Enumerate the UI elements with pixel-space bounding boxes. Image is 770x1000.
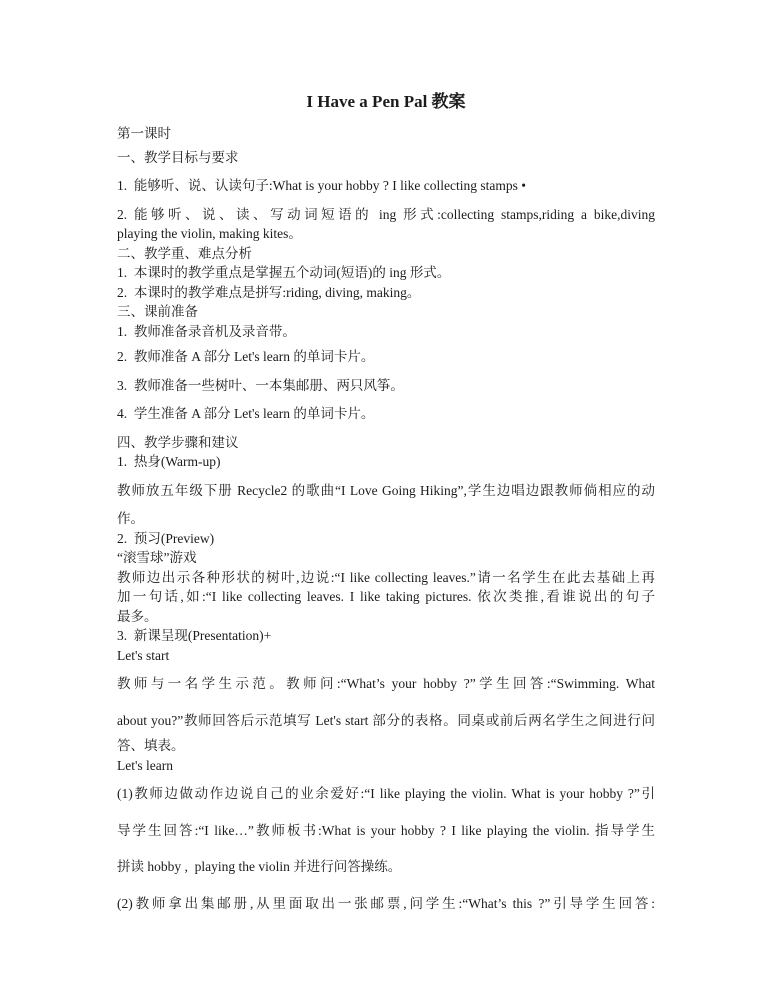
document-body: 第一课时一、教学目标与要求1. 能够听、说、认读句子:What is your … <box>117 124 655 913</box>
text-line: 加一句话,如:“I like collecting leaves. I like… <box>117 587 655 607</box>
text-line: 教师边出示各种形状的树叶,边说:“I like collecting leave… <box>117 568 655 588</box>
text-line: 二、教学重、难点分析 <box>117 244 655 264</box>
text-line: Let's start <box>117 646 655 666</box>
text-line: 最多。 <box>117 607 655 627</box>
text-line: 2. 预习(Preview) <box>117 529 655 549</box>
text-line: (2)教师拿出集邮册,从里面取出一张邮票,问学生:“What’s this ?”… <box>117 894 655 914</box>
text-line: 3. 教师准备一些树叶、一本集邮册、两只风筝。 <box>117 376 655 396</box>
document-title: I Have a Pen Pal 教案 <box>117 91 655 112</box>
text-line: 2. 能够听、说、读、写动词短语的 ing 形式:collecting stam… <box>117 205 655 225</box>
text-line: playing the violin, making kites。 <box>117 224 655 244</box>
text-line: “滚雪球”游戏 <box>117 548 655 568</box>
text-line: 1. 能够听、说、认读句子:What is your hobby ? I lik… <box>117 176 655 196</box>
text-line: 1. 本课时的教学重点是掌握五个动词(短语)的 ing 形式。 <box>117 263 655 283</box>
text-line: 2. 教师准备 A 部分 Let's learn 的单词卡片。 <box>117 347 655 367</box>
text-line: 教师与一名学生示范。教师问:“What’s your hobby ?”学生回答:… <box>117 674 655 694</box>
text-line: 作。 <box>117 509 655 529</box>
text-line: 1. 热身(Warm-up) <box>117 452 655 472</box>
text-line: 四、教学步骤和建议 <box>117 433 655 453</box>
document-page: I Have a Pen Pal 教案 第一课时一、教学目标与要求1. 能够听、… <box>0 0 770 1000</box>
text-line: about you?”教师回答后示范填写 Let's start 部分的表格。同… <box>117 711 655 731</box>
text-line: 一、教学目标与要求 <box>117 148 655 168</box>
text-line: 2. 本课时的教学难点是拼写:riding, diving, making。 <box>117 283 655 303</box>
text-line: Let's learn <box>117 756 655 776</box>
text-line: 3. 新课呈现(Presentation)+ <box>117 626 655 646</box>
text-line: (1)教师边做动作边说自己的业余爱好:“I like playing the v… <box>117 784 655 804</box>
text-line: 4. 学生准备 A 部分 Let's learn 的单词卡片。 <box>117 404 655 424</box>
text-line: 三、课前准备 <box>117 302 655 322</box>
text-line: 拼读 hobby , playing the violin 并进行问答操练。 <box>117 857 655 877</box>
document-content: I Have a Pen Pal 教案 第一课时一、教学目标与要求1. 能够听、… <box>117 91 655 913</box>
text-line: 教师放五年级下册 Recycle2 的歌曲“I Love Going Hikin… <box>117 481 655 501</box>
text-line: 答、填表。 <box>117 736 655 756</box>
text-line: 导学生回答:“I like…”教师板书:What is your hobby ?… <box>117 821 655 841</box>
text-line: 1. 教师准备录音机及录音带。 <box>117 322 655 342</box>
text-line: 第一课时 <box>117 124 655 144</box>
